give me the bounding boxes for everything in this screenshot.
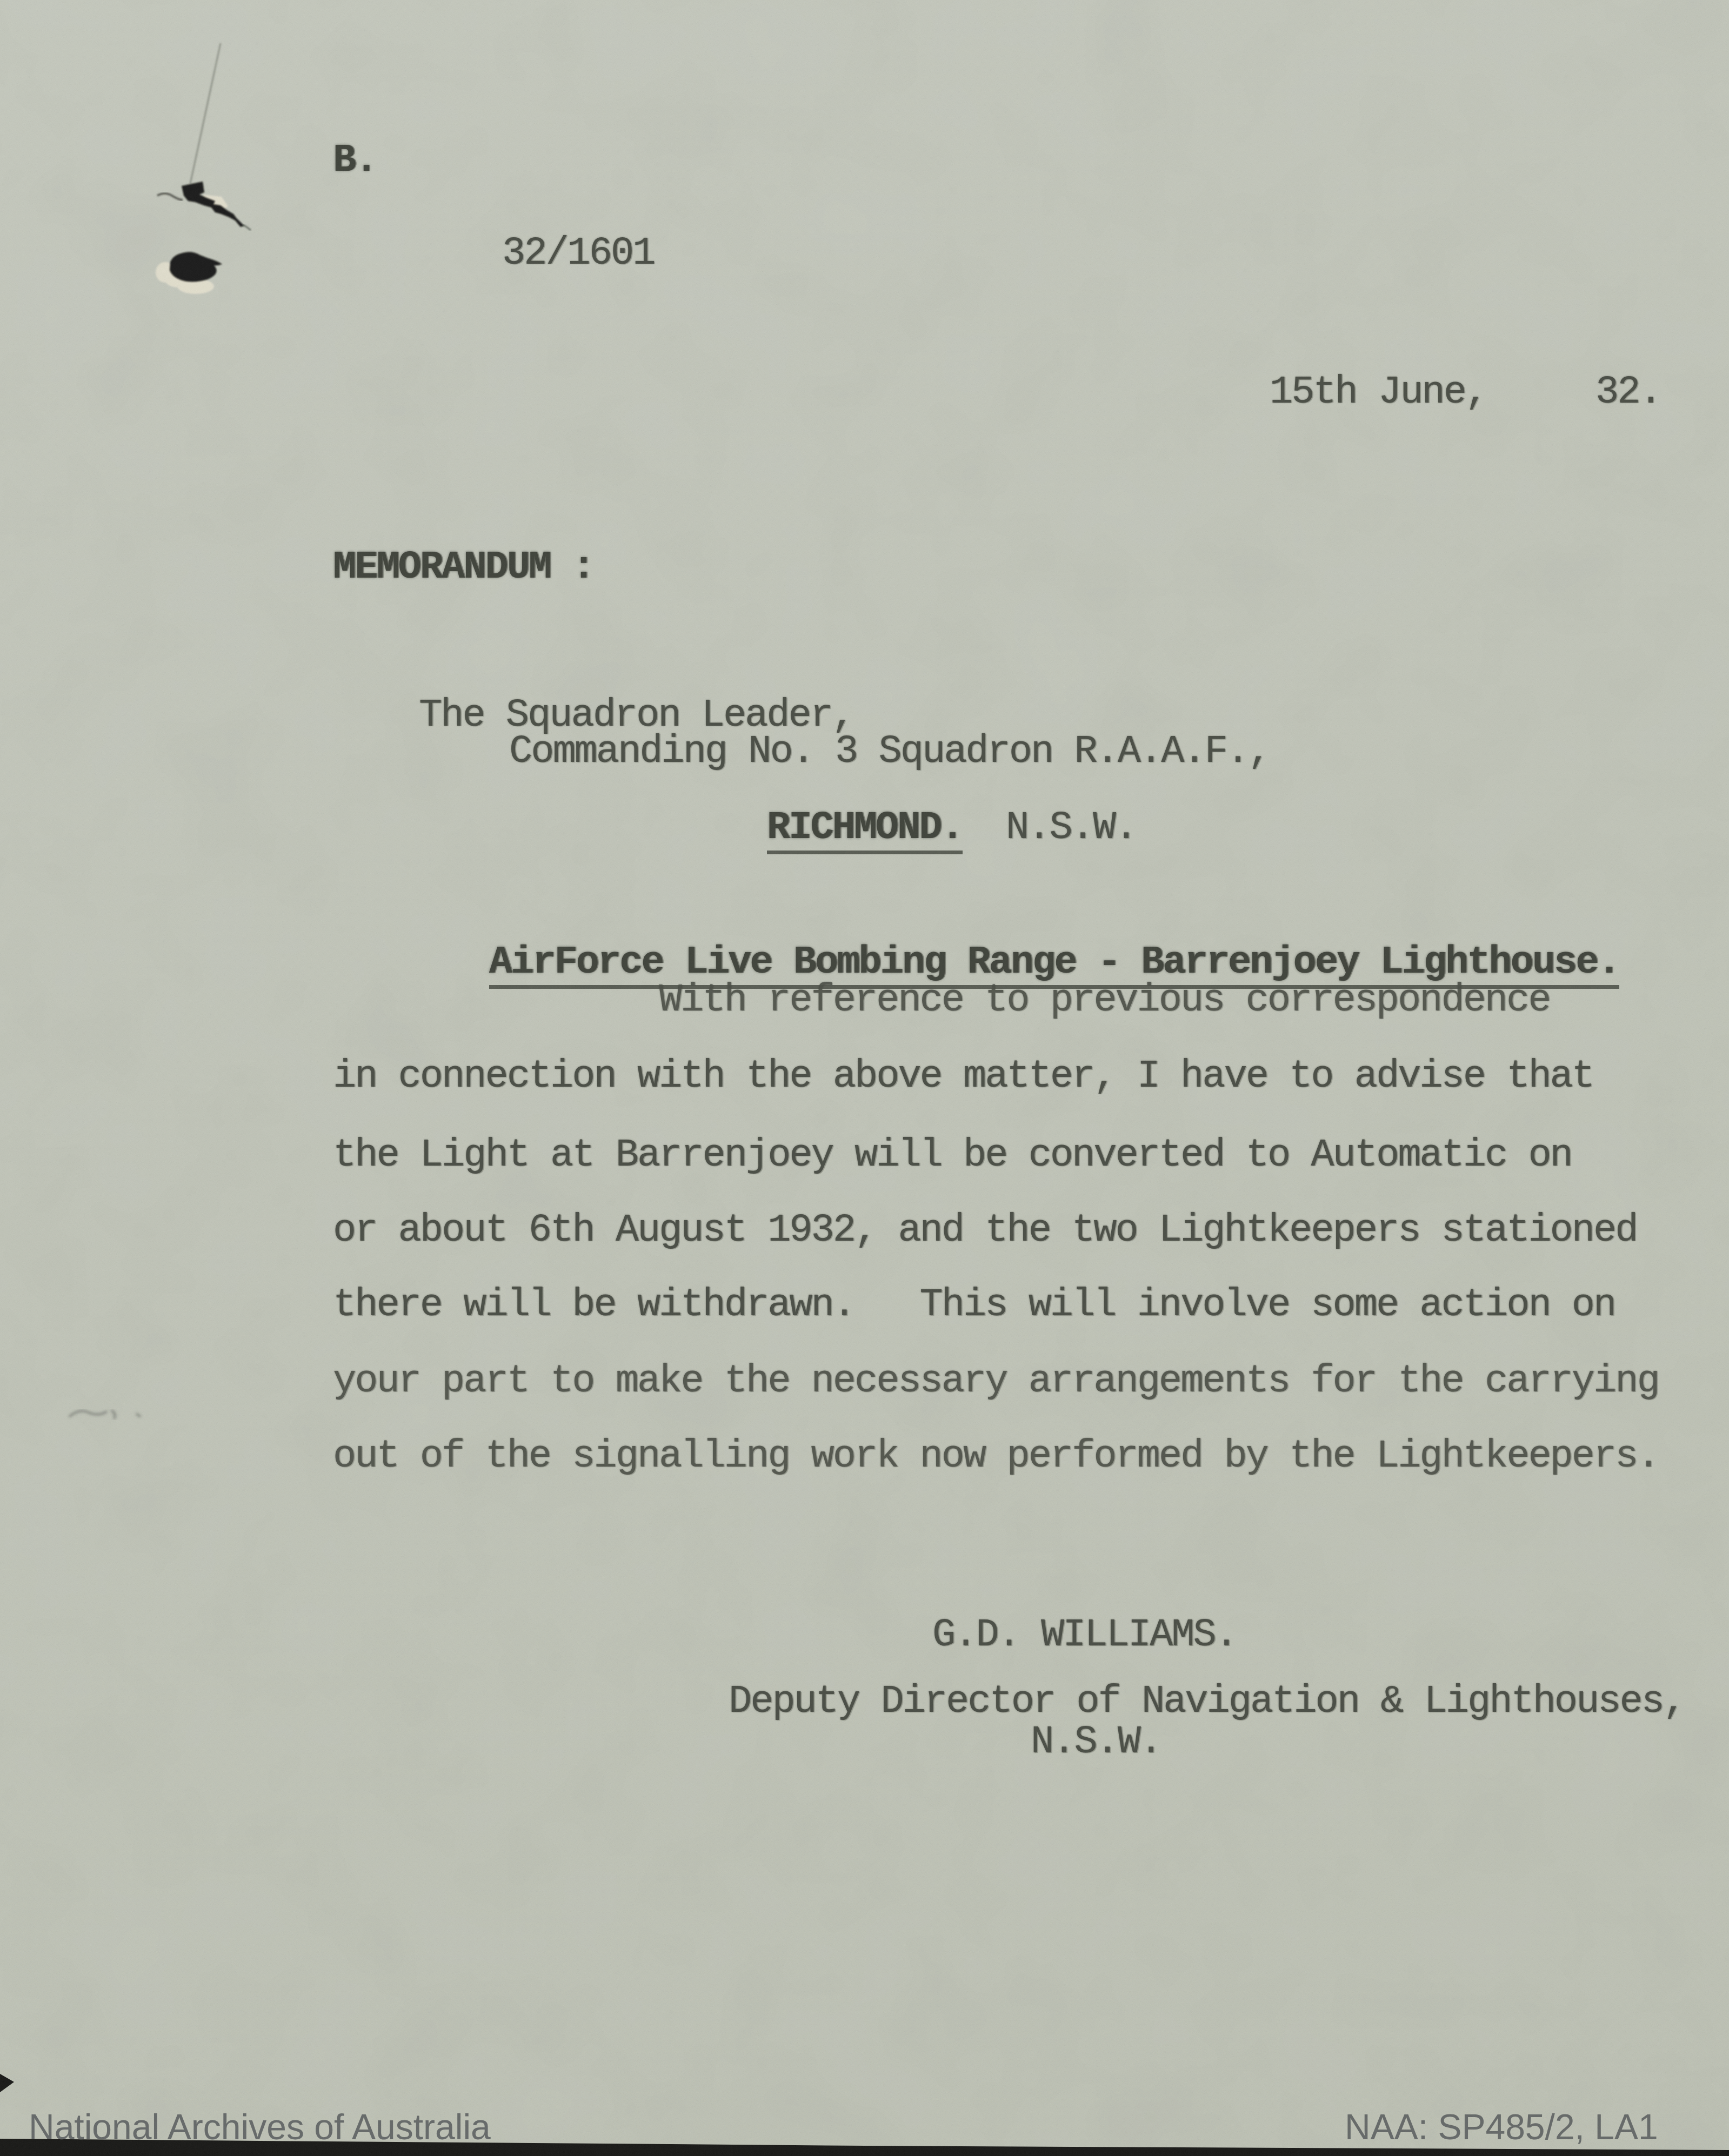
body-line-5: there will be withdrawn. This will invol… — [333, 1285, 1615, 1324]
crease-line — [190, 43, 221, 184]
reference-watermark: NAA: SP485/2, LA1 — [1345, 2106, 1658, 2147]
signature-title: Deputy Director of Navigation & Lighthou… — [729, 1682, 1685, 1721]
signature-name: G.D. WILLIAMS. — [932, 1616, 1237, 1655]
pencil-smudge — [69, 1410, 141, 1419]
date-line: 15th June, 32. — [1270, 373, 1661, 412]
body-line-7: out of the signalling work now performed… — [333, 1437, 1659, 1476]
file-number: 32/1601 — [502, 234, 654, 273]
torn-paper-edges — [156, 195, 228, 294]
recipient-line-3: RICHMOND. N.S.W. — [680, 769, 1136, 893]
memo-heading: MEMORANDUM : — [333, 548, 593, 587]
body-line-3: the Light at Barrenjoey will be converte… — [333, 1136, 1572, 1175]
recipient-state: N.S.W. — [963, 806, 1137, 850]
recipient-line-2: Commanding No. 3 Squadron R.A.A.F., — [509, 732, 1270, 771]
tear-hole-lower — [170, 252, 222, 282]
scan-edge-left-notch — [0, 2074, 14, 2092]
tear-crack-right — [243, 225, 251, 230]
tear-hole-upper — [182, 182, 244, 227]
recipient-city-underlined: RICHMOND. — [767, 808, 963, 854]
signature-region: N.S.W. — [1031, 1723, 1161, 1762]
body-line-6: your part to make the necessary arrangem… — [333, 1362, 1659, 1401]
body-line-2: in connection with the above matter, I h… — [333, 1057, 1593, 1096]
body-line-4: or about 6th August 1932, and the two Li… — [333, 1211, 1637, 1250]
memorandum-scan-page: B. 32/1601 15th June, 32. MEMORANDUM : T… — [0, 0, 1729, 2156]
tear-crack-left — [157, 193, 183, 200]
body-line-1: With reference to previous correspondenc… — [659, 981, 1550, 1020]
annotation-b: B. — [333, 141, 376, 180]
archive-watermark: National Archives of Australia — [29, 2106, 491, 2147]
